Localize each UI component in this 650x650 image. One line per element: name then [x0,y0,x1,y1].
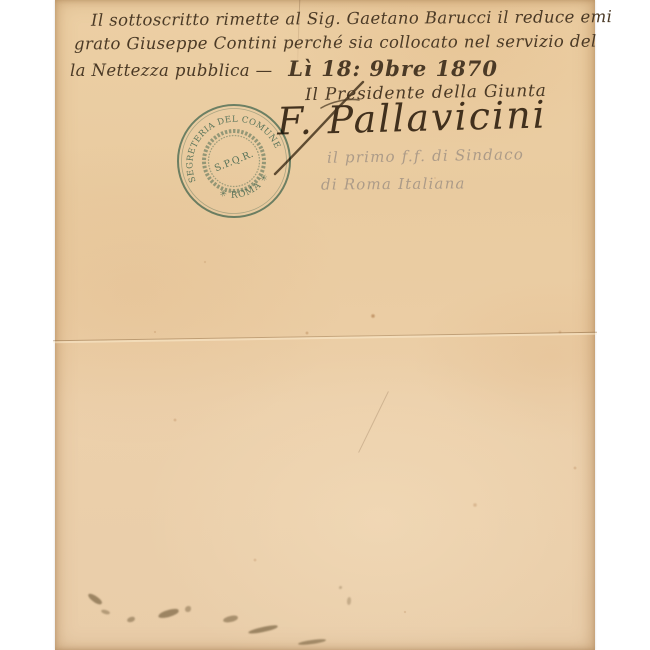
handwritten-line-3: la Nettezza pubblica — Lì 18: 9bre 1870 [70,56,498,81]
stamp-arc-text-top: SEGRETERIA DEL COMUNE [170,99,282,184]
ink-smudge [101,609,111,616]
ink-smudge [157,608,179,620]
pencil-note-line-2: di Roma Italiana [321,174,466,193]
handwritten-line-1: Il sottoscritto rimette al Sig. Gaetano … [91,7,596,30]
stamp-arc-text-bottom: ✳ ROMA ✳ [215,169,276,208]
paper-scratch [358,391,389,453]
handwritten-line-2: grato Giuseppe Contini perché sia colloc… [74,32,597,54]
ink-smudge [339,586,342,589]
document-page: Il sottoscritto rimette al Sig. Gaetano … [55,0,595,650]
pencil-note-line-1: il primo f.f. di Sindaco [327,145,524,166]
scanned-document-photo: Il sottoscritto rimette al Sig. Gaetano … [0,0,650,650]
ink-smudge [185,606,191,612]
handwritten-line-3-text: la Nettezza pubblica — [70,61,273,80]
svg-text:SEGRETERIA DEL COMUNE: SEGRETERIA DEL COMUNE [170,99,282,184]
ink-smudge [347,597,351,605]
signature: F. Pallavicini [276,92,547,143]
svg-text:✳ ROMA ✳: ✳ ROMA ✳ [215,169,276,208]
handwritten-date: Lì 18: 9bre 1870 [288,56,498,81]
stamp-center-text: S.P.Q.R. [213,149,255,175]
ink-smudge [248,624,278,635]
ink-smudge [87,592,103,607]
ink-smudge [223,615,239,624]
ink-smudge [298,638,326,645]
ink-smudge [127,616,136,623]
